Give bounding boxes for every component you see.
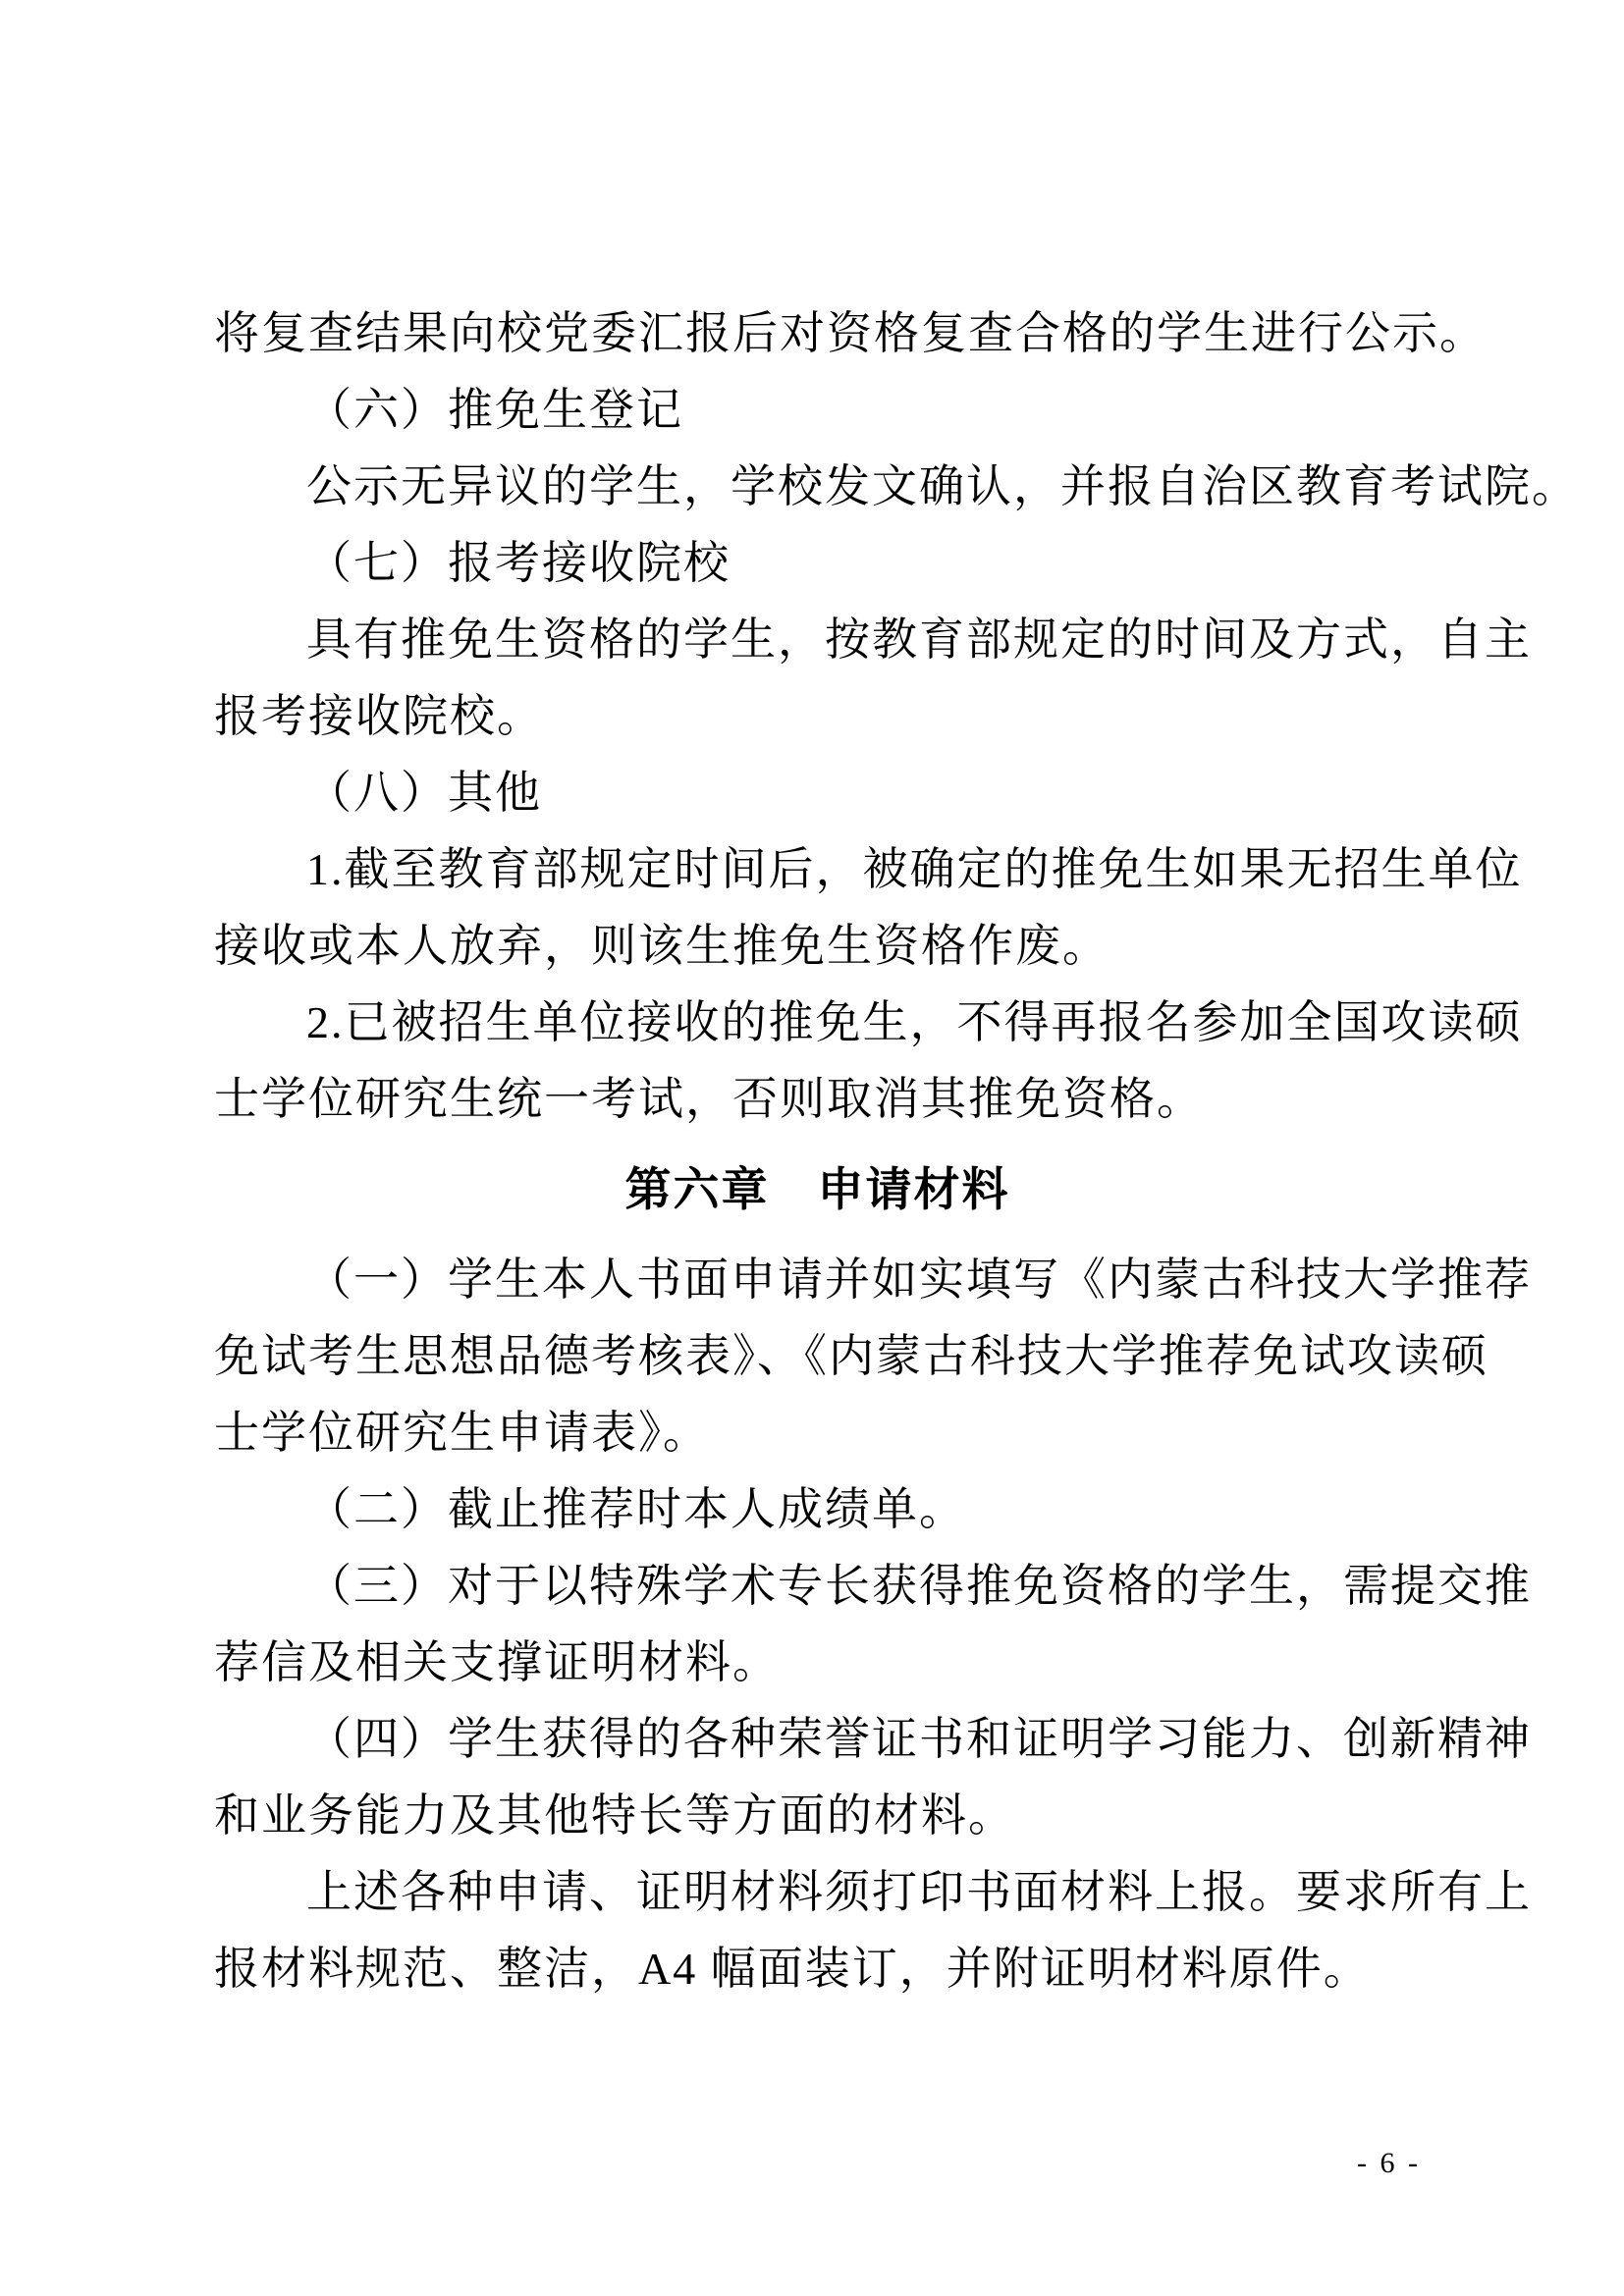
text-line: 士学位研究生申请表》。 <box>214 1395 1421 1471</box>
text-line: （八）其他 <box>214 755 1421 831</box>
text-line: （三）对于以特殊学术专长获得推免资格的学生，需提交推 <box>214 1548 1421 1625</box>
text-line: 和业务能力及其他特长等方面的材料。 <box>214 1778 1421 1854</box>
text-line: 将复查结果向校党委汇报后对资格复查合格的学生进行公示。 <box>214 295 1421 372</box>
text-line: 士学位研究生统一考试，否则取消其推免资格。 <box>214 1061 1421 1138</box>
text-line: 报材料规范、整洁，A4 幅面装订，并附证明材料原件。 <box>214 1931 1421 2007</box>
document-page: 将复查结果向校党委汇报后对资格复查合格的学生进行公示。 （六）推免生登记 公示无… <box>0 0 1624 2296</box>
text-line: 报考接收院校。 <box>214 678 1421 755</box>
text-line: （四）学生获得的各种荣誉证书和证明学习能力、创新精神 <box>214 1701 1421 1778</box>
text-line: （六）推免生登记 <box>214 372 1421 449</box>
text-line: 具有推免生资格的学生，按教育部规定的时间及方式，自主 <box>214 602 1421 678</box>
text-line: 接收或本人放弃，则该生推免生资格作废。 <box>214 908 1421 985</box>
text-line: （二）截止推荐时本人成绩单。 <box>214 1471 1421 1548</box>
text-line: 上述各种申请、证明材料须打印书面材料上报。要求所有上 <box>214 1854 1421 1931</box>
text-line: 免试考生思想品德考核表》、《内蒙古科技大学推荐免试攻读硕 <box>214 1318 1421 1395</box>
document-body: 将复查结果向校党委汇报后对资格复查合格的学生进行公示。 （六）推免生登记 公示无… <box>214 295 1421 2007</box>
text-line: 荐信及相关支撑证明材料。 <box>214 1625 1421 1701</box>
text-line: 公示无异议的学生，学校发文确认，并报自治区教育考试院。 <box>214 449 1421 525</box>
text-line: （一）学生本人书面申请并如实填写《内蒙古科技大学推荐 <box>214 1242 1421 1318</box>
text-line: （七）报考接收院校 <box>214 525 1421 602</box>
chapter-heading: 第六章 申请材料 <box>214 1151 1421 1228</box>
text-line: 2.已被招生单位接收的推免生，不得再报名参加全国攻读硕 <box>214 985 1421 1061</box>
text-line: 1.截至教育部规定时间后，被确定的推免生如果无招生单位 <box>214 831 1421 908</box>
page-number: - 6 - <box>1357 2146 1421 2181</box>
